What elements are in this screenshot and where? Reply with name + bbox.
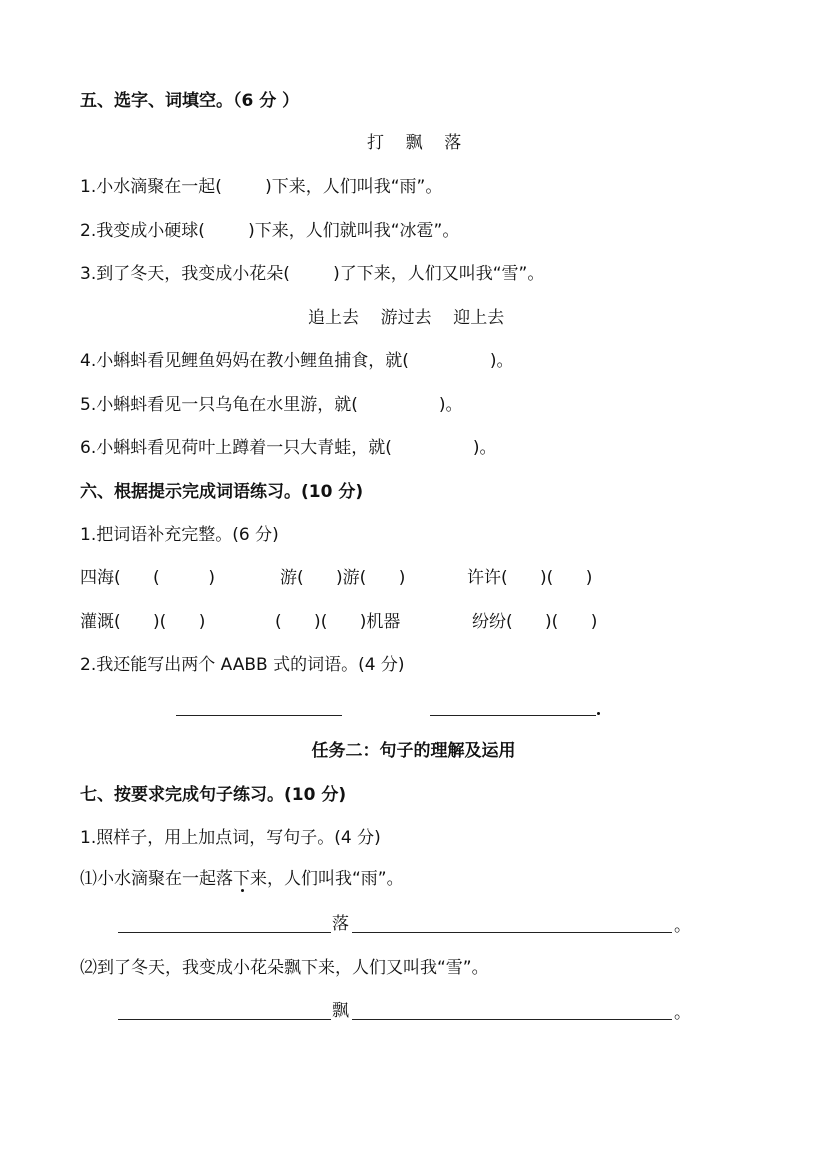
word-fill-1: 四海( ( ) bbox=[80, 567, 215, 589]
answer-line-4a[interactable] bbox=[118, 1019, 331, 1020]
section7-title: 七、按要求完成句子练习。(10 分) bbox=[80, 784, 346, 806]
answer-line-4b[interactable] bbox=[352, 1019, 672, 1020]
question-1: 1.小水滴聚在一起( )下来，人们叫我“雨”。 bbox=[80, 176, 442, 198]
section7-sub1: 1.照样子，用上加点词，写句子。(4 分) bbox=[80, 827, 381, 849]
key-word-1: 落 bbox=[332, 913, 349, 935]
section6-title: 六、根据提示完成词语练习。(10 分) bbox=[80, 481, 363, 503]
period-2: 。 bbox=[674, 1002, 691, 1024]
answer-line-3b[interactable] bbox=[352, 932, 672, 933]
example-1: ⑴小水滴聚在一起落下来，人们叫我“雨”。 bbox=[80, 868, 404, 890]
question-5: 5.小蝌蚪看见一只乌龟在水里游，就( )。 bbox=[80, 394, 463, 416]
question-6: 6.小蝌蚪看见荷叶上蹲着一只大青蛙，就( )。 bbox=[80, 437, 497, 459]
word-options-1: 打 飘 落 bbox=[367, 132, 461, 154]
section6-sub1: 1.把词语补充完整。(6 分) bbox=[80, 524, 279, 546]
period-1: 。 bbox=[674, 915, 691, 937]
word-fill-4: 灌溉( )( ) bbox=[80, 611, 205, 633]
word-fill-3: 许许( )( ) bbox=[467, 567, 592, 589]
section5-title: 五、选字、词填空。（6 分 ） bbox=[80, 90, 299, 112]
word-fill-6: 纷纷( )( ) bbox=[472, 611, 597, 633]
answer-line-1[interactable] bbox=[176, 715, 342, 716]
end-dot bbox=[597, 712, 600, 715]
word-fill-2: 游( )游( ) bbox=[280, 567, 405, 589]
question-3: 3.到了冬天，我变成小花朵( )了下来，人们又叫我“雪”。 bbox=[80, 263, 544, 285]
question-4: 4.小蝌蚪看见鲤鱼妈妈在教小鲤鱼捕食，就( )。 bbox=[80, 350, 514, 372]
example-2: ⑵到了冬天，我变成小花朵飘下来，人们又叫我“雪”。 bbox=[80, 957, 489, 979]
answer-line-3a[interactable] bbox=[118, 932, 331, 933]
task2-title: 任务二：句子的理解及运用 bbox=[0, 740, 827, 762]
key-word-2: 飘 bbox=[332, 1000, 349, 1022]
question-2: 2.我变成小硬球( )下来，人们就叫我“冰雹”。 bbox=[80, 220, 459, 242]
answer-line-2[interactable] bbox=[430, 715, 596, 716]
word-options-2: 追上去 游过去 迎上去 bbox=[308, 307, 504, 329]
section6-sub2: 2.我还能写出两个 AABB 式的词语。(4 分) bbox=[80, 654, 405, 676]
word-fill-5: ( )( )机器 bbox=[275, 611, 400, 633]
emphasis-dot bbox=[241, 889, 244, 892]
